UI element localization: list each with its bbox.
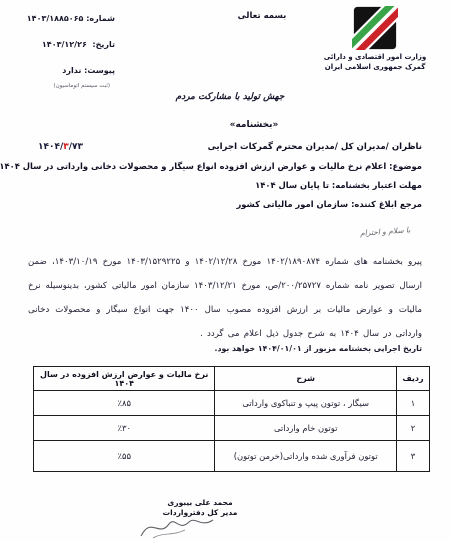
customs-letterhead: وزارت امور اقتصادی و دارائی گمرک جمهوری … — [323, 6, 427, 71]
document-number-row: شماره: ۱۴۰۳/۱۸۸۵۰۶۵ — [27, 12, 115, 38]
rate-cell: ٪۸۵ — [34, 391, 215, 416]
table-row: ۳ توتون فرآوری شده وارداتی(خرمن توتون) ٪… — [34, 441, 430, 472]
rate-cell: ٪۵۵ — [34, 441, 215, 472]
body-paragraph: پیرو بخشنامه های شماره ۱۴۰۲/۱۸۹۰۸۷۴ مورخ… — [28, 250, 422, 346]
signatory-name: محمد علی بیبوری — [148, 498, 252, 508]
addressee-line: ناظران /مدیران کل /مدیران محترم گمرکات ا… — [208, 142, 422, 152]
year-slogan: جهش تولید با مشارکت مردم — [168, 92, 292, 102]
description-cell: سیگار ، توتون پیپ و تنباکوی وارداتی — [215, 391, 396, 416]
rate-cell: ٪۳۰ — [34, 416, 215, 441]
ref-suffix: /۷۳ — [69, 142, 83, 152]
table-header-row: ردیف شرح نرخ مالیات و عوارض ارزش افزوده … — [34, 367, 430, 391]
date-value: ۱۴۰۳/۱۲/۲۶ — [42, 40, 87, 49]
row-number-cell: ۲ — [396, 416, 429, 441]
row-number-cell: ۳ — [396, 441, 429, 472]
number-value: ۱۴۰۳/۱۸۸۵۰۶۵ — [27, 14, 84, 23]
basmala-text: بسمه تعالی — [232, 11, 292, 21]
handwritten-salutation: با سلام و احترام — [359, 225, 410, 237]
document-date-row: تاریخ: ۱۴۰۳/۱۲/۲۶ — [27, 38, 115, 64]
description-cell: توتون فرآوری شده وارداتی(خرمن توتون) — [215, 441, 396, 472]
table-row: ۱ سیگار ، توتون پیپ و تنباکوی وارداتی ٪۸… — [34, 391, 430, 416]
attachment-label: پیوست: — [84, 66, 115, 75]
signature-scribble-icon — [133, 512, 225, 542]
effective-date-note: تاریخ اجرایی بخشنامه مزبور از ۱۴۰۴/۰۱/۰۱… — [215, 344, 422, 353]
customs-logo-icon — [352, 6, 398, 50]
header-description: شرح — [215, 367, 396, 391]
date-label: تاریخ: — [92, 40, 115, 49]
number-label: شماره: — [86, 14, 115, 23]
ref-year-part: ۱۴۰۴/ — [38, 142, 63, 152]
organization-name: گمرک جمهوری اسلامی ایران — [323, 63, 427, 71]
ministry-name: وزارت امور اقتصادی و دارائی — [323, 53, 427, 61]
validity-line: مهلت اعتبار بخشنامه: تا پایان سال ۱۴۰۴ — [255, 180, 422, 190]
circular-document-page: شماره: ۱۴۰۳/۱۸۸۵۰۶۵ تاریخ: ۱۴۰۳/۱۲/۲۶ پی… — [0, 0, 450, 542]
header-rate: نرخ مالیات و عوارض ارزش افزوده در سال ۱۴… — [34, 367, 215, 391]
subject-line: موضوع: اعلام نرخ مالیات و عوارض ارزش افز… — [0, 161, 422, 171]
header-row-number: ردیف — [396, 367, 429, 391]
rates-table: ردیف شرح نرخ مالیات و عوارض ارزش افزوده … — [33, 366, 430, 472]
row-number-cell: ۱ — [396, 391, 429, 416]
attachment-value: ندارد — [62, 66, 81, 75]
bulletin-ref-number: ۱۴۰۴/۳/۷۳ — [38, 142, 83, 152]
issuing-authority-line: مرجع ابلاغ کننده: سازمان امور مالیاتی کش… — [236, 199, 422, 209]
table-row: ۲ توتون خام وارداتی ٪۳۰ — [34, 416, 430, 441]
description-cell: توتون خام وارداتی — [215, 416, 396, 441]
document-meta-block: شماره: ۱۴۰۳/۱۸۸۵۰۶۵ تاریخ: ۱۴۰۳/۱۲/۲۶ پی… — [27, 12, 115, 90]
automation-registration-note: (ثبت سیستم اتوماسیون) — [53, 83, 110, 89]
bulletin-title: «بخشنامه» — [200, 120, 308, 130]
